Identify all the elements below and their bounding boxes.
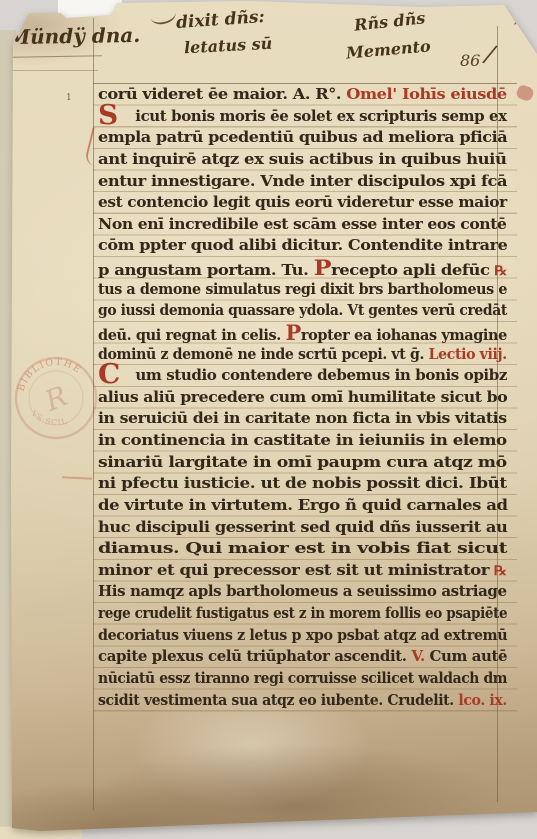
text-line-25: rege crudelit fustigatus est z in morem … [98, 603, 507, 625]
body-text: in continencia in castitate in ieiuniis … [98, 432, 507, 449]
text-line-8: cōm ppter quod alibi dicitur. Contendite… [98, 235, 507, 257]
text-line-13: dominū z demonē ne inde scrtū pcepi. vt … [98, 344, 507, 366]
text-line-16: in seruiciū dei in caritate non ficta in… [98, 408, 507, 430]
body-text: ropter ea iohanas ymagine [301, 327, 507, 344]
body-text: um studio contendere debemus in bonis op… [135, 367, 507, 384]
body-text: capite plexus celū triūphator ascendit. [98, 648, 411, 665]
text-line-2: Sicut bonis moris ēe solet ex scripturis… [98, 106, 507, 128]
body-text: empla patrū pcedentiū quibus ad meliora … [98, 129, 507, 146]
annotation-underline [10, 55, 102, 58]
body-text: huc discipuli gesserint sed quid dñs ius… [98, 519, 507, 536]
library-stamp: BIBLIOTHE VS·SCIL R [6, 346, 106, 450]
rubric-text: P [314, 255, 331, 280]
text-line-20: de virtute in virtutem. Ergo ñ quid carn… [98, 495, 508, 517]
body-text: dominū z demonē ne inde scrtū pcepi. vt … [98, 346, 429, 363]
pen-flourish [148, 3, 178, 27]
body-text: p angustam portam. Tu. [98, 262, 314, 279]
text-line-28: nūciatū essz tiranno regi corruisse scil… [98, 668, 507, 690]
text-line-27: capite plexus celū triūphator ascendit. … [98, 646, 507, 668]
text-line-11: go iussi demonia quassare ydola. Vt gent… [98, 300, 507, 322]
body-text: diamus. Qui maior est in vobis fiat sicu… [98, 540, 507, 557]
body-text: Non enī incredibile est scām esse inter … [98, 216, 507, 233]
text-line-5: entur innestigare. Vnde inter discipulos… [98, 171, 507, 193]
manuscript-photo: BIBLIOTHE VS·SCIL R Mündÿ dna. dixit dñs… [0, 0, 537, 839]
body-text: recepto apli defūc [331, 262, 489, 279]
manuscript-text-block: corū videret ēe maior. A. R°. Omel' Iohī… [93, 84, 517, 712]
text-line-26: decoriatus viuens z letus p xpo psbat at… [98, 625, 507, 647]
drop-cap-initial: C [98, 365, 135, 385]
rubric-text: lco. ix. [458, 692, 507, 709]
body-text: est contencio legit quis eorū videretur … [98, 194, 507, 211]
text-line-18: sinariū largitate in omī paupm cura atqz… [98, 452, 507, 474]
body-text: cōm ppter quod alibi dicitur. Contendite… [98, 237, 507, 254]
rubric-text: Omel' Iohīs eiusdē [346, 86, 506, 103]
annotation-mid-lower: letatus sū [184, 34, 273, 58]
annotation-top-left: Mündÿ dna. [8, 23, 141, 49]
body-text: sinariū largitate in omī paupm cura atqz… [98, 454, 507, 471]
rubric-text: ℞ [494, 564, 507, 579]
body-text: tus a demone simulatus regi dixit brs ba… [98, 281, 507, 298]
red-margin-stroke [62, 476, 92, 480]
annotation-right-upper: Rñs dñs [353, 8, 426, 34]
body-text: go iussi demonia quassare ydola. Vt gent… [98, 302, 507, 319]
text-line-3: empla patrū pcedentiū quibus ad meliora … [98, 127, 507, 149]
text-line-17: in continencia in castitate in ieiuniis … [98, 430, 507, 452]
rubric-text: ℞ [494, 264, 507, 279]
text-line-1: corū videret ēe maior. A. R°. Omel' Iohī… [98, 84, 507, 106]
body-text: decoriatus viuens z letus p xpo psbat at… [98, 627, 507, 644]
body-text: alius aliū precedere cum omī humilitate … [98, 389, 507, 406]
annotation-right-lower: Memento [345, 36, 431, 62]
body-text: rege crudelit fustigatus est z in morem … [98, 605, 507, 622]
text-line-7: Non enī incredibile est scām esse inter … [98, 214, 507, 236]
body-text: in seruiciū dei in caritate non ficta in… [98, 410, 507, 427]
margin-mark: 1 [66, 93, 72, 103]
body-text: scidit vestimenta sua atqz eo iubente. C… [98, 692, 458, 709]
rubric-edge-smudge [515, 84, 535, 103]
folio-slash: / [483, 39, 497, 68]
text-line-22: diamus. Qui maior est in vobis fiat sicu… [98, 538, 507, 560]
rubric-text: P [286, 320, 301, 345]
leaf-shadow-wrap: BIBLIOTHE VS·SCIL R Mündÿ dna. dixit dñs… [0, 0, 537, 839]
text-line-23: minor et qui precessor est sit ut minist… [98, 560, 507, 582]
text-line-29: scidit vestimenta sua atqz eo iubente. C… [98, 690, 507, 712]
body-text: Cum autē [430, 648, 508, 665]
stamp-monogram: R [39, 379, 72, 418]
text-line-4: ant inquirē atqz ex suis actibus in quib… [98, 149, 506, 171]
text-line-9: p angustam portam. Tu. Precepto apli def… [98, 257, 507, 279]
body-text: ant inquirē atqz ex suis actibus in quib… [98, 151, 506, 168]
annotation-ruling-line [12, 70, 98, 71]
body-text: ni pfectu iusticie. ut de nobis possit d… [98, 475, 507, 492]
text-line-19: ni pfectu iusticie. ut de nobis possit d… [98, 473, 507, 495]
text-line-15: alius aliū precedere cum omī humilitate … [98, 387, 507, 409]
annotation-mid-upper: dixit dñs: [175, 7, 265, 33]
body-text: minor et qui precessor est sit ut minist… [98, 562, 489, 579]
body-text: icut bonis moris ēe solet ex scripturis … [135, 108, 506, 125]
body-text: de virtute in virtutem. Ergo ñ quid carn… [98, 497, 508, 514]
body-text: nūciatū essz tiranno regi corruisse scil… [98, 670, 507, 687]
text-line-12: deū. qui regnat in celis. Propter ea ioh… [98, 322, 507, 344]
drop-cap-initial: S [98, 106, 135, 126]
text-line-24: His namqz apls bartholomeus a seuissimo … [98, 581, 507, 603]
body-text: His namqz apls bartholomeus a seuissimo … [98, 583, 507, 600]
body-text: deū. qui regnat in celis. [98, 327, 286, 344]
corner-slash: / [514, 8, 526, 30]
rubric-text: V. [411, 648, 429, 665]
body-text: corū videret ēe maior. A. R°. [98, 86, 346, 103]
text-line-14: Cum studio contendere debemus in bonis o… [98, 365, 507, 387]
folio-number: 86 [460, 51, 480, 70]
text-line-21: huc discipuli gesserint sed quid dñs ius… [98, 517, 507, 539]
text-line-10: tus a demone simulatus regi dixit brs ba… [98, 279, 507, 301]
manuscript-page: BIBLIOTHE VS·SCIL R Mündÿ dna. dixit dñs… [0, 0, 537, 839]
rubric-text: Lectio viij. [429, 346, 507, 363]
text-line-6: est contencio legit quis eorū videretur … [98, 192, 507, 214]
body-text: entur innestigare. Vnde inter discipulos… [98, 173, 507, 190]
